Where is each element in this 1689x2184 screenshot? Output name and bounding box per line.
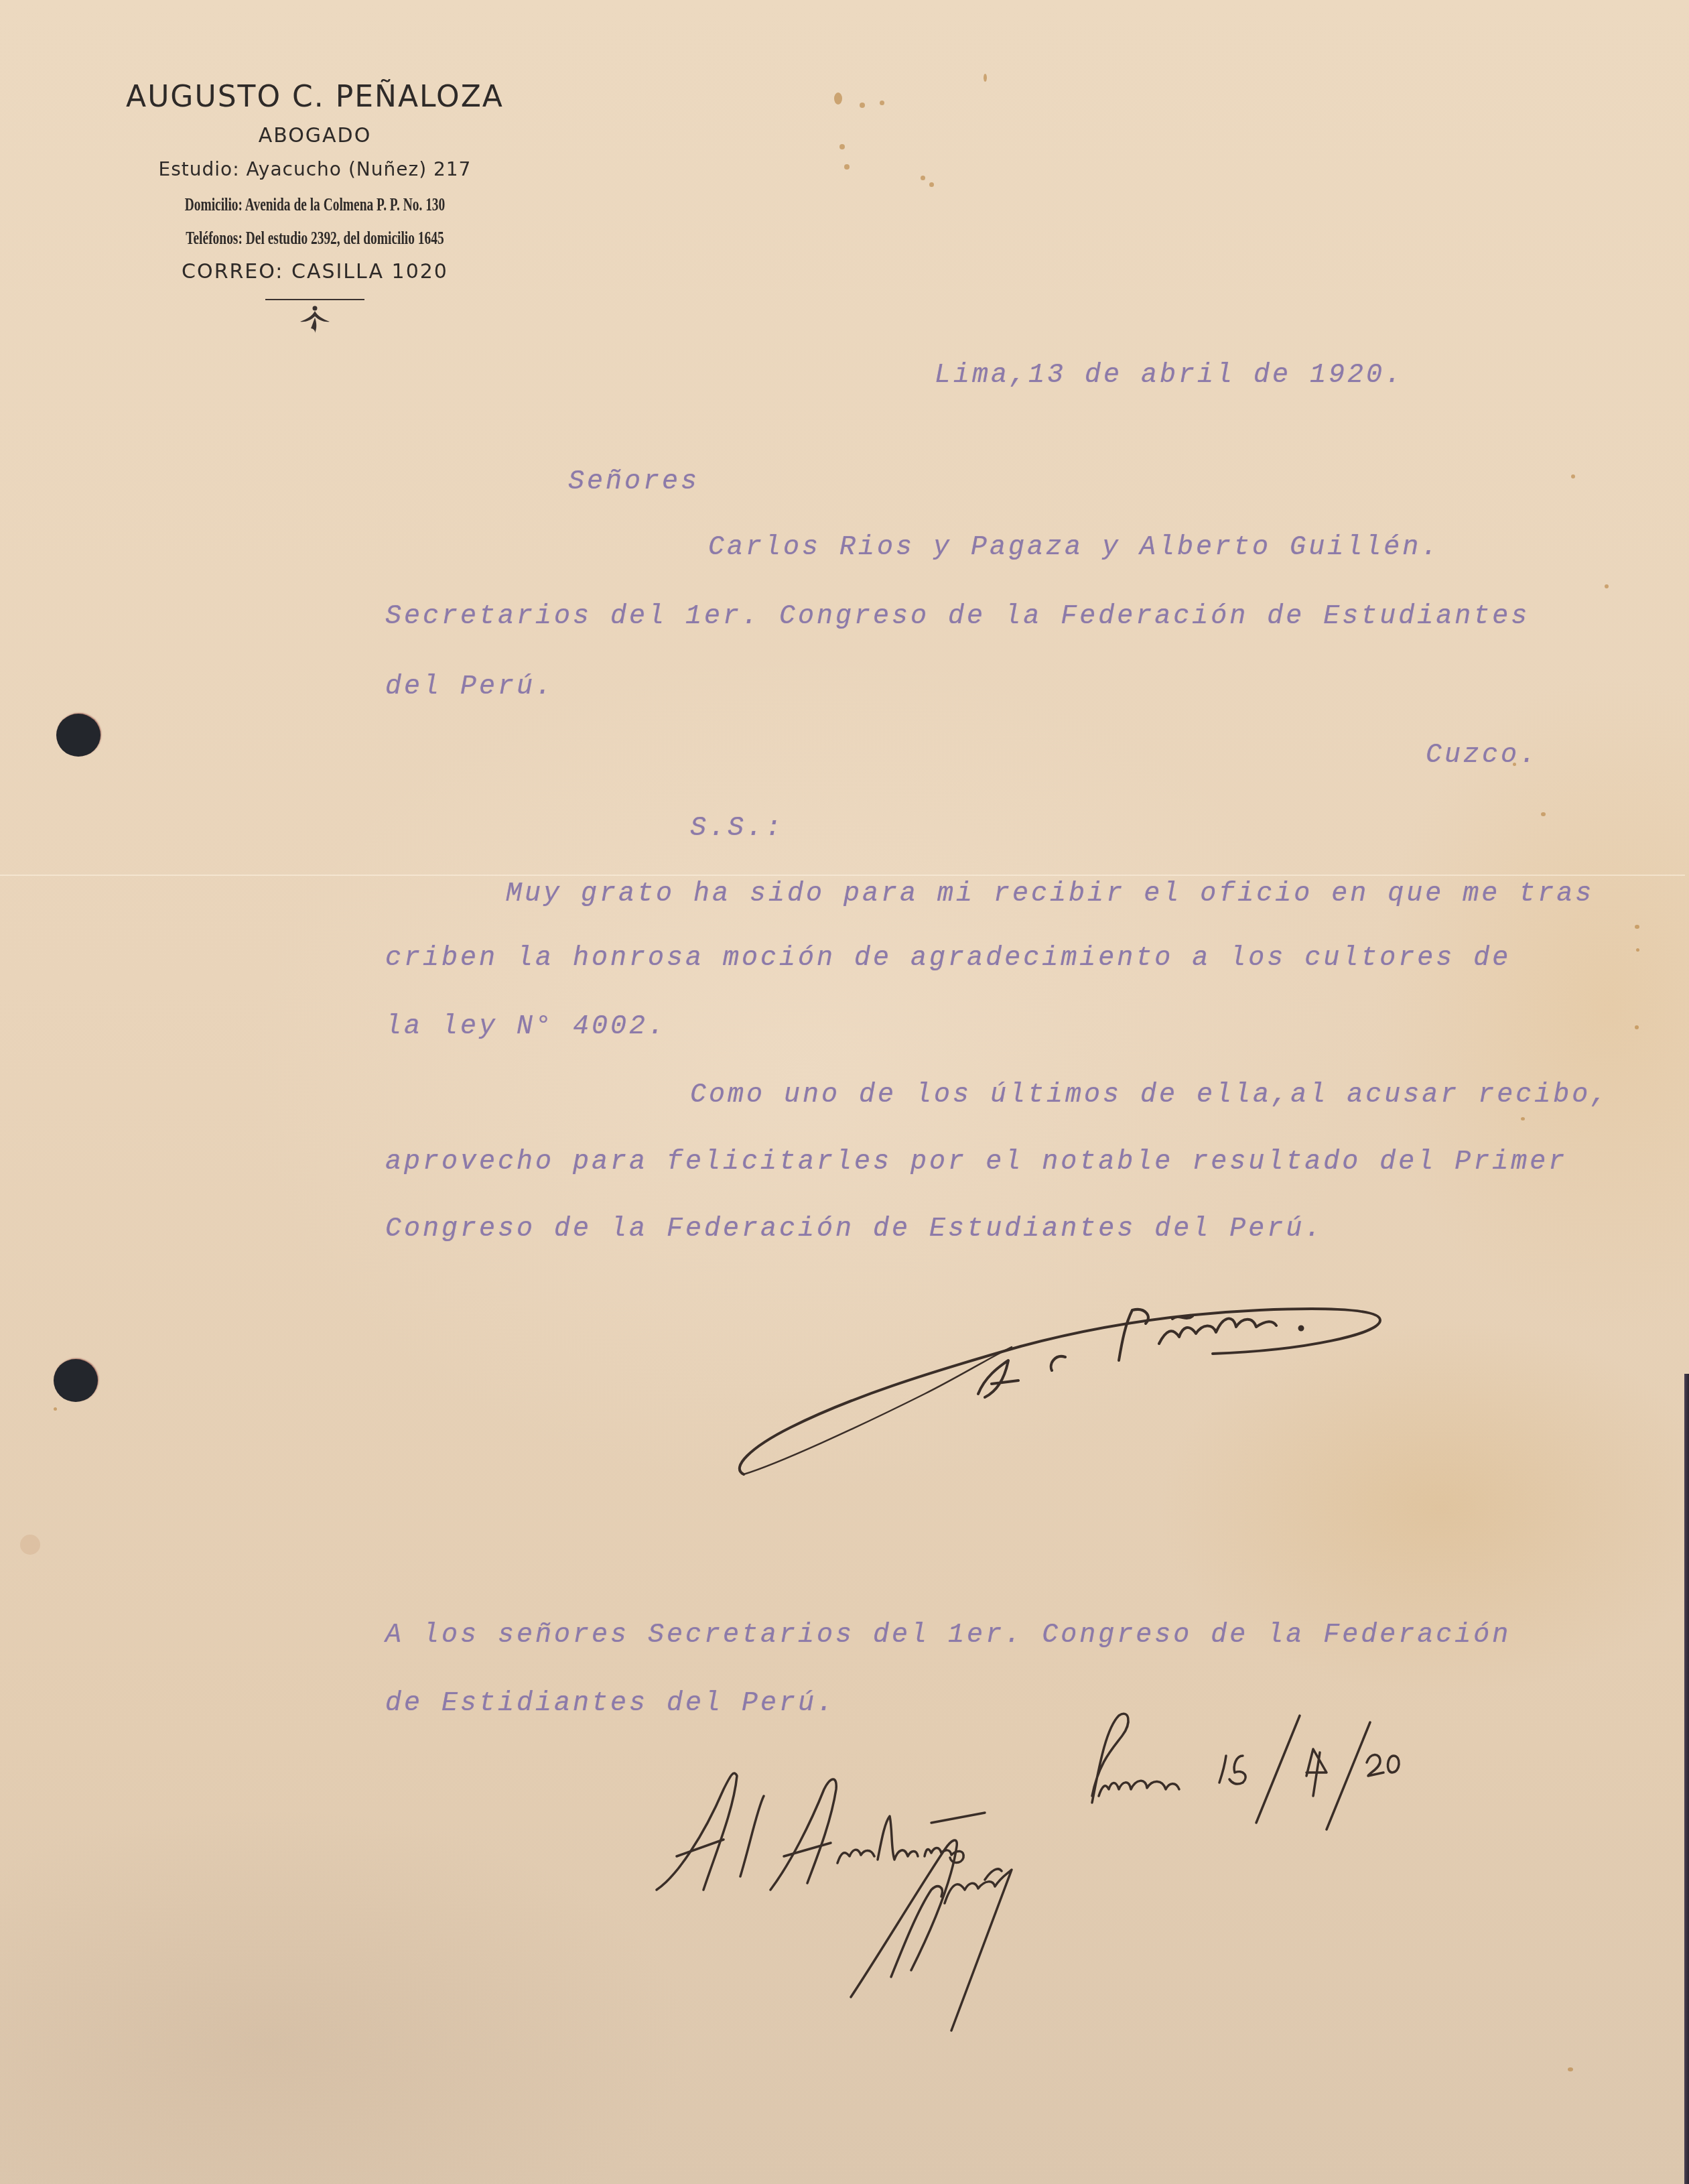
foxing-stain (1635, 1025, 1639, 1029)
letterhead: AUGUSTO C. PEÑALOZA ABOGADO Estudio: Aya… (80, 74, 549, 337)
paper-fold-line (0, 875, 1685, 876)
foxing-stain (921, 176, 925, 180)
foxing-stain (1568, 2067, 1573, 2071)
fleuron-icon (295, 304, 335, 334)
letter-date: Lima,13 de abril de 1920. (935, 361, 1404, 391)
foxing-stain (54, 1407, 57, 1411)
punch-hole-bottom (54, 1359, 98, 1402)
foxing-stain (834, 92, 842, 105)
letterhead-phones: Teléfonos: Del estudio 2392, del domicil… (146, 221, 484, 255)
foxing-stain (880, 101, 884, 105)
foxing-stain (20, 1535, 40, 1555)
body-paragraph-1-line-2: criben la honrosa moción de agradecimien… (385, 944, 1511, 974)
foxing-stain (844, 164, 850, 170)
body-paragraph-2-line-3: Congreso de la Federación de Estudiantes… (385, 1214, 1323, 1244)
letterhead-mailbox: CORREO: CASILLA 1020 (80, 255, 549, 290)
body-paragraph-2-line-1: Como uno de los últimos de ella,al acusa… (690, 1080, 1609, 1110)
letterhead-divider (265, 299, 364, 300)
foxing-stain (839, 144, 845, 149)
foxing-stain (929, 182, 934, 187)
page-edge-shadow (1684, 1374, 1689, 2184)
recipients-role-line1: Secretarios del 1er. Congreso de la Fede… (385, 602, 1530, 632)
body-paragraph-1-line-3: la ley N° 4002. (385, 1012, 667, 1042)
greeting: S.S.: (690, 814, 784, 844)
foxing-stain (1636, 948, 1639, 952)
recipients-names: Carlos Rios y Pagaza y Alberto Guillén. (708, 533, 1440, 563)
foxing-stain (860, 103, 865, 108)
foxing-stain (984, 74, 987, 82)
foxing-stain (1541, 812, 1546, 816)
footer-addressee-line1: A los señores Secretarios del 1er. Congr… (385, 1620, 1511, 1651)
signature-penaloza (703, 1260, 1440, 1488)
archive-annotation (636, 1689, 1507, 2037)
letterhead-title: ABOGADO (80, 121, 549, 151)
letterhead-name: AUGUSTO C. PEÑALOZA (80, 74, 549, 121)
foxing-stain (1635, 925, 1639, 929)
body-paragraph-1-line-1: Muy grato ha sido para mi recibir el ofi… (506, 879, 1594, 909)
letterhead-domicile: Domicilio: Avenida de la Colmena P. P. N… (146, 188, 484, 221)
foxing-stain (1571, 474, 1575, 478)
letterhead-study-address: Estudio: Ayacucho (Nuñez) 217 (80, 151, 549, 188)
recipient-city: Cuzco. (1426, 741, 1538, 771)
punch-hole-top (56, 714, 100, 757)
salutation-title: Señores (568, 467, 699, 497)
foxing-stain (1521, 1117, 1525, 1120)
body-paragraph-2-line-2: aprovecho para felicitarles por el notab… (385, 1147, 1567, 1177)
foxing-stain (1605, 584, 1609, 588)
recipients-role-line2: del Perú. (385, 672, 554, 702)
